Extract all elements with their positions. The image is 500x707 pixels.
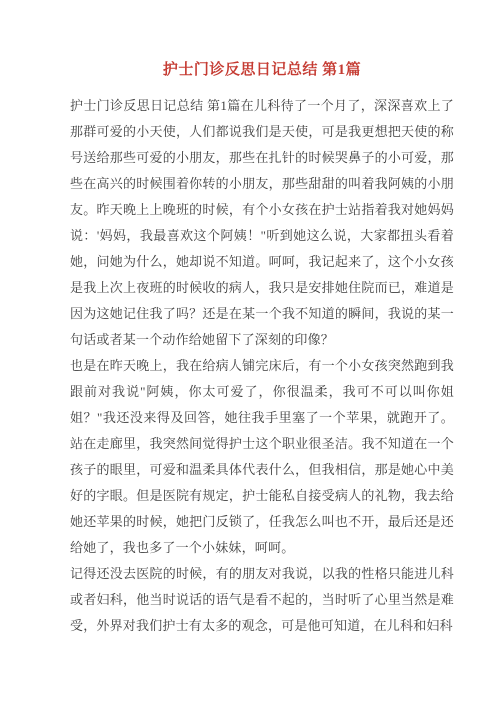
document-body: 护士门诊反思日记总结 第1篇在儿科待了一个月了，深深喜欢上了那群可爱的小天使，人… (0, 93, 500, 639)
document-page: 护士门诊反思日记总结 第1篇 护士门诊反思日记总结 第1篇在儿科待了一个月了，深… (0, 0, 500, 707)
page-title: 护士门诊反思日记总结 第1篇 (70, 60, 454, 80)
paragraph-2: 也是在昨天晚上，我在给病人铺完床后，有一个小女孩突然跑到我跟前对我说"阿姨，你太… (0, 353, 500, 561)
paragraph-1: 护士门诊反思日记总结 第1篇在儿科待了一个月了，深深喜欢上了那群可爱的小天使，人… (0, 93, 500, 353)
paragraph-3: 记得还没去医院的时候，有的朋友对我说，以我的性格只能进儿科或者妇科，他当时说话的… (0, 561, 500, 639)
